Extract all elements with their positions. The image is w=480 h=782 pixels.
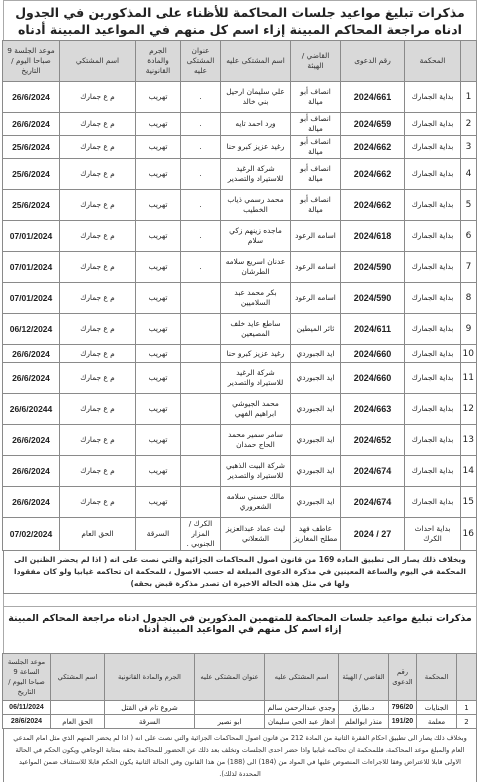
complainant-cell: م ع جمارك <box>60 425 136 456</box>
crime-cell: تهريب <box>136 82 181 113</box>
session-date-cell: 26/6/20244 <box>3 394 60 425</box>
table-row: 10بداية الجمارك2024/660ايد الجبورديرغيد … <box>3 345 477 363</box>
table-row: 5بداية الجمارك2024/662انصاف أبو ميالةمحم… <box>3 190 477 221</box>
case-number-cell: 2024 / 27 <box>341 518 405 551</box>
row-index: 5 <box>461 190 477 221</box>
row-index: 13 <box>461 425 477 456</box>
row-index: 11 <box>461 363 477 394</box>
session-date-cell: 26/6/2024 <box>3 487 60 518</box>
address-cell <box>195 701 265 715</box>
crime-cell: تهريب <box>136 113 181 136</box>
court-cell: بداية الجمارك <box>405 82 461 113</box>
defendant-cell: رغيد عزيز كبرو حنا <box>221 136 291 159</box>
session-date-cell: 07/01/2024 <box>3 221 60 252</box>
complainant-cell: م ع جمارك <box>60 221 136 252</box>
judge-cell: ايد الجبوردي <box>291 394 341 425</box>
row-index: 8 <box>461 283 477 314</box>
table-row: 7بداية الجمارك2024/590اسامه الرعودعدنان … <box>3 252 477 283</box>
court-cell: بداية الجمارك <box>405 425 461 456</box>
defendant-cell: شركة الرغيد للاستيراد والتصدير <box>221 363 291 394</box>
col-date: موعد الجلسة الساعة 9 صباحا اليوم / التار… <box>3 654 51 701</box>
case-number-cell: 2024/611 <box>341 314 405 345</box>
address-cell: . <box>181 82 221 113</box>
table-row: 12بداية الجمارك2024/663ايد الجبورديمحمد … <box>3 394 477 425</box>
complainant-cell: م ع جمارك <box>60 252 136 283</box>
judge-cell: اسامه الرعود <box>291 221 341 252</box>
section2-header-row: المحكمة رقم الدعوى القاضي / الهيئة اسم ا… <box>3 654 477 701</box>
judge-cell: ايد الجبوردي <box>291 487 341 518</box>
section2-title: مذكرات تبليغ مواعيد جلسات المحاكمة للمته… <box>3 606 477 653</box>
address-cell: . <box>181 136 221 159</box>
address-cell: . <box>181 159 221 190</box>
complainant-cell: م ع جمارك <box>60 82 136 113</box>
case-number-cell: 2024/663 <box>341 394 405 425</box>
section-divider <box>3 594 477 606</box>
col-address: عنوان المشتكى عليه <box>181 41 221 82</box>
defendant-cell: ساطع عايد خلف المصيعين <box>221 314 291 345</box>
defendant-cell: مالك حسني سلامه الشعروري <box>221 487 291 518</box>
col-complainant: اسم المشتكي <box>60 41 136 82</box>
defendant-cell: شركة البيت الذهبي للاستيراد والتصدير <box>221 456 291 487</box>
col-court: المحكمة <box>417 654 457 701</box>
case-number-cell: 2024/662 <box>341 159 405 190</box>
crime-cell: تهريب <box>136 221 181 252</box>
defendant-cell: رغيد عزيز كبرو حنا <box>221 345 291 363</box>
col-index <box>461 41 477 82</box>
court-cell: بداية الجمارك <box>405 363 461 394</box>
crime-cell: السرقة <box>136 518 181 551</box>
judge-cell: انصاف أبو ميالة <box>291 136 341 159</box>
col-date: موعد الجلسة 9 صباحا اليوم / التاريخ <box>3 41 60 82</box>
judge-cell: ايد الجبوردي <box>291 363 341 394</box>
defendant-cell: وجدي عبدالرحمن سالم <box>265 701 339 715</box>
case-number-cell: 2024/662 <box>341 136 405 159</box>
case-number-cell: 796/20 <box>389 701 417 715</box>
complainant-cell: م ع جمارك <box>60 487 136 518</box>
crime-cell: تهريب <box>136 314 181 345</box>
defendant-cell: علي سليمان ارحيل بني خالد <box>221 82 291 113</box>
session-date-cell: 26/6/2024 <box>3 82 60 113</box>
section1-legal-note: وبخلاف ذلك يصار الى تطبيق المادة 169 من … <box>3 551 477 594</box>
address-cell <box>181 314 221 345</box>
defendant-cell: محمد رسمي ذياب الخطيب <box>221 190 291 221</box>
complainant-cell: م ع جمارك <box>60 314 136 345</box>
col-court: المحكمة <box>405 41 461 82</box>
col-judge: القاضي / الهيئة <box>291 41 341 82</box>
session-date-cell: 26/6/2024 <box>3 425 60 456</box>
court-cell: بداية الجمارك <box>405 283 461 314</box>
court-cell: بداية الجمارك <box>405 159 461 190</box>
row-index: 14 <box>461 456 477 487</box>
complainant-cell: م ع جمارك <box>60 345 136 363</box>
complainant-cell: م ع جمارك <box>60 136 136 159</box>
court-cell: بداية الجمارك <box>405 252 461 283</box>
case-number-cell: 2024/660 <box>341 345 405 363</box>
row-index: 2 <box>457 715 477 729</box>
judge-cell: ايد الجبوردي <box>291 456 341 487</box>
crime-cell: تهريب <box>136 487 181 518</box>
session-date-cell: 26/6/2024 <box>3 363 60 394</box>
complainant-cell: م ع جمارك <box>60 456 136 487</box>
section2-legal-note: وبخلاف ذلك يصار الى تطبيق احكام الفقرة ا… <box>3 729 477 782</box>
table-row: 4بداية الجمارك2024/662انصاف أبو ميالةشرك… <box>3 159 477 190</box>
case-number-cell: 2024/590 <box>341 283 405 314</box>
session-date-cell: 28/6/2024 <box>3 715 51 729</box>
row-index: 2 <box>461 113 477 136</box>
session-date-cell: 26/6/2024 <box>3 345 60 363</box>
address-cell: الكرك / المزار الجنوبي . <box>181 518 221 551</box>
session-date-cell: 25/6/2024 <box>3 190 60 221</box>
court-cell: بداية الجمارك <box>405 221 461 252</box>
session-date-cell: 06/12/2024 <box>3 314 60 345</box>
row-index: 1 <box>461 82 477 113</box>
case-number-cell: 2024/652 <box>341 425 405 456</box>
case-number-cell: 2024/618 <box>341 221 405 252</box>
session-date-cell: 07/01/2024 <box>3 283 60 314</box>
judge-cell: عاطف فهد مطلح المغاريز <box>291 518 341 551</box>
defendant-cell: عدنان اسريع سلامه الطرشان <box>221 252 291 283</box>
col-defendant: اسم المشتكى عليه <box>221 41 291 82</box>
crime-cell: تهريب <box>136 394 181 425</box>
row-index: 4 <box>461 159 477 190</box>
address-cell <box>181 345 221 363</box>
case-number-cell: 191/20 <box>389 715 417 729</box>
court-cell: معلمة <box>417 715 457 729</box>
address-cell <box>181 394 221 425</box>
court-cell: بداية احداث الكرك <box>405 518 461 551</box>
row-index: 10 <box>461 345 477 363</box>
table-row: 16بداية احداث الكرك2024 / 27عاطف فهد مطل… <box>3 518 477 551</box>
address-cell <box>181 456 221 487</box>
session-date-cell: 26/6/2024 <box>3 456 60 487</box>
defendant-cell: ليث عماد عبدالعزيز الشعلاني <box>221 518 291 551</box>
judge-cell: ثائر الميطين <box>291 314 341 345</box>
session-date-cell: 07/01/2024 <box>3 252 60 283</box>
judge-cell: ايد الجبوردي <box>291 345 341 363</box>
judge-cell: ايد الجبوردي <box>291 425 341 456</box>
defendant-cell: شركة الرغيد للاستيراد والتصدير <box>221 159 291 190</box>
crime-cell: شروع تام في القتل <box>105 701 195 715</box>
table-row: 14بداية الجمارك2024/674ايد الجبورديشركة … <box>3 456 477 487</box>
table-row: 13بداية الجمارك2024/652ايد الجبورديسامر … <box>3 425 477 456</box>
session-date-cell: 06/11/2024 <box>3 701 51 715</box>
court-cell: بداية الجمارك <box>405 314 461 345</box>
notice-page: مذكرات تبليغ مواعيد جلسات المحاكمة للأظن… <box>3 0 477 782</box>
case-number-cell: 2024/662 <box>341 190 405 221</box>
crime-cell: تهريب <box>136 252 181 283</box>
col-judge: القاضي / الهيئة <box>339 654 389 701</box>
table-row: 2معلمة191/20منذر ابوالعلمادهاز عبد الحي … <box>3 715 477 729</box>
judge-cell: انصاف أبو ميالة <box>291 113 341 136</box>
col-case: رقم الدعوى <box>389 654 417 701</box>
address-cell: ابو نصير <box>195 715 265 729</box>
table-row: 1الجنايات796/20د.طارقوجدي عبدالرحمن سالم… <box>3 701 477 715</box>
col-address: عنوان المشتكى عليه <box>195 654 265 701</box>
section1-title: مذكرات تبليغ مواعيد جلسات المحاكمة للأظن… <box>3 0 477 40</box>
judge-cell: انصاف أبو ميالة <box>291 190 341 221</box>
row-index: 3 <box>461 136 477 159</box>
judge-cell: انصاف أبو ميالة <box>291 82 341 113</box>
case-number-cell: 2024/674 <box>341 487 405 518</box>
defendant-cell: بكر محمد عبد السلاميين <box>221 283 291 314</box>
section2-table: المحكمة رقم الدعوى القاضي / الهيئة اسم ا… <box>2 653 477 729</box>
court-cell: بداية الجمارك <box>405 487 461 518</box>
row-index: 7 <box>461 252 477 283</box>
row-index: 6 <box>461 221 477 252</box>
court-cell: بداية الجمارك <box>405 136 461 159</box>
court-cell: بداية الجمارك <box>405 456 461 487</box>
crime-cell: تهريب <box>136 190 181 221</box>
session-date-cell: 26/6/2024 <box>3 113 60 136</box>
defendant-cell: سامر سمير محمد الحاج حمدان <box>221 425 291 456</box>
complainant-cell: م ع جمارك <box>60 363 136 394</box>
complainant-cell: م ع جمارك <box>60 283 136 314</box>
col-crime: الجرم والمادة القانونية <box>136 41 181 82</box>
court-cell: بداية الجمارك <box>405 394 461 425</box>
judge-cell: منذر ابوالعلم <box>339 715 389 729</box>
address-cell <box>181 363 221 394</box>
case-number-cell: 2024/659 <box>341 113 405 136</box>
row-index: 15 <box>461 487 477 518</box>
row-index: 1 <box>457 701 477 715</box>
complainant-cell: الحق العام <box>60 518 136 551</box>
col-defendant: اسم المشتكى عليه <box>265 654 339 701</box>
table-row: 11بداية الجمارك2024/660ايد الجبورديشركة … <box>3 363 477 394</box>
crime-cell: تهريب <box>136 456 181 487</box>
crime-cell: تهريب <box>136 345 181 363</box>
complainant-cell: م ع جمارك <box>60 113 136 136</box>
address-cell: . <box>181 113 221 136</box>
crime-cell: السرقة <box>105 715 195 729</box>
address-cell <box>181 425 221 456</box>
complainant-cell <box>51 701 105 715</box>
address-cell <box>181 487 221 518</box>
section1-table: المحكمة رقم الدعوى القاضي / الهيئة اسم ا… <box>2 40 477 551</box>
case-number-cell: 2024/660 <box>341 363 405 394</box>
address-cell: . <box>181 221 221 252</box>
address-cell: . <box>181 190 221 221</box>
case-number-cell: 2024/674 <box>341 456 405 487</box>
complainant-cell: م ع جمارك <box>60 159 136 190</box>
session-date-cell: 25/6/2024 <box>3 159 60 190</box>
table-row: 2بداية الجمارك2024/659انصاف أبو ميالةورد… <box>3 113 477 136</box>
session-date-cell: 25/6/2024 <box>3 136 60 159</box>
judge-cell: انصاف أبو ميالة <box>291 159 341 190</box>
judge-cell: اسامه الرعود <box>291 252 341 283</box>
complainant-cell: الحق العام <box>51 715 105 729</box>
crime-cell: تهريب <box>136 136 181 159</box>
table-row: 15بداية الجمارك2024/674ايد الجبورديمالك … <box>3 487 477 518</box>
defendant-cell: ماجده زينهم زكي سلام <box>221 221 291 252</box>
table-row: 3بداية الجمارك2024/662انصاف أبو ميالةرغي… <box>3 136 477 159</box>
table-row: 8بداية الجمارك2024/590اسامه الرعودبكر مح… <box>3 283 477 314</box>
crime-cell: تهريب <box>136 283 181 314</box>
case-number-cell: 2024/661 <box>341 82 405 113</box>
col-case: رقم الدعوى <box>341 41 405 82</box>
col-index <box>457 654 477 701</box>
complainant-cell: م ع جمارك <box>60 394 136 425</box>
case-number-cell: 2024/590 <box>341 252 405 283</box>
section1-header-row: المحكمة رقم الدعوى القاضي / الهيئة اسم ا… <box>3 41 477 82</box>
col-complainant: اسم المشتكي <box>51 654 105 701</box>
crime-cell: تهريب <box>136 159 181 190</box>
crime-cell: تهريب <box>136 363 181 394</box>
defendant-cell: محمد الجيوشي ابراهيم الفهي <box>221 394 291 425</box>
court-cell: بداية الجمارك <box>405 113 461 136</box>
defendant-cell: ادهاز عبد الحي سليمان <box>265 715 339 729</box>
session-date-cell: 07/02/2024 <box>3 518 60 551</box>
judge-cell: د.طارق <box>339 701 389 715</box>
complainant-cell: م ع جمارك <box>60 190 136 221</box>
table-row: 1بداية الجمارك2024/661انصاف أبو ميالةعلي… <box>3 82 477 113</box>
table-row: 9بداية الجمارك2024/611ثائر الميطينساطع ع… <box>3 314 477 345</box>
court-cell: الجنايات <box>417 701 457 715</box>
table-row: 6بداية الجمارك2024/618اسامه الرعودماجده … <box>3 221 477 252</box>
crime-cell: تهريب <box>136 425 181 456</box>
judge-cell: اسامه الرعود <box>291 283 341 314</box>
court-cell: بداية الجمارك <box>405 345 461 363</box>
court-cell: بداية الجمارك <box>405 190 461 221</box>
col-crime: الجرم والمادة القانونية <box>105 654 195 701</box>
row-index: 9 <box>461 314 477 345</box>
row-index: 16 <box>461 518 477 551</box>
address-cell: . <box>181 252 221 283</box>
defendant-cell: ورد احمد تايه <box>221 113 291 136</box>
row-index: 12 <box>461 394 477 425</box>
address-cell <box>181 283 221 314</box>
